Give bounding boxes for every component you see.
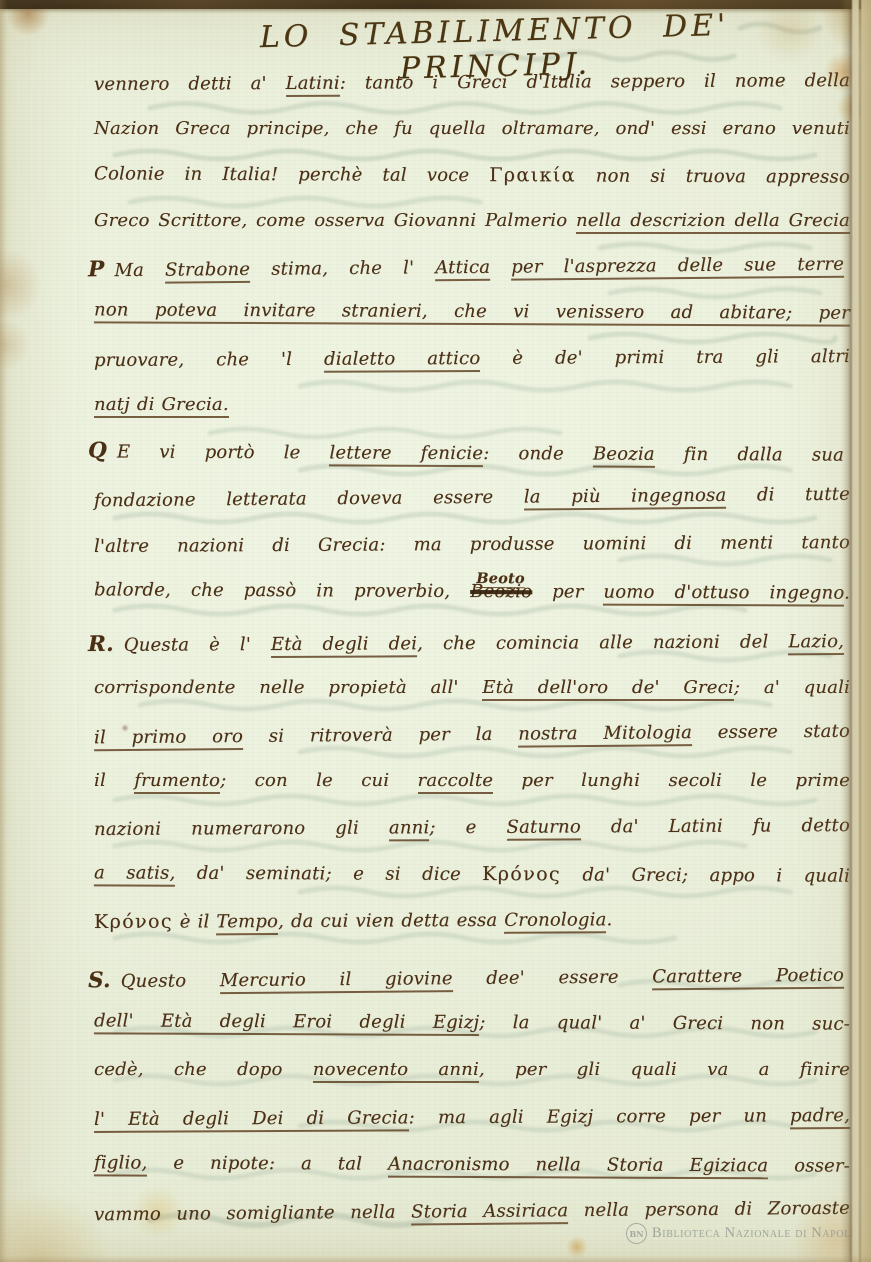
manuscript-text-segment: , da cui vien detta essa [278,910,504,932]
manuscript-line: il frumento; con le cui raccolte per lun… [94,770,850,791]
manuscript-text-segment: Storia Assiriaca [411,1200,568,1225]
manuscript-line: balorde, che passò in proverbio, BeotoBe… [94,579,850,603]
manuscript-text-segment: l'altre nazioni di Grecia: ma produsse u… [94,532,850,557]
manuscript-text-segment: dee' essere [453,966,653,989]
manuscript-text-segment: stima, che l' [250,257,435,280]
manuscript-text-segment: il primo oro [94,726,243,751]
manuscript-text-segment: da' Latini fu detto [581,815,850,837]
manuscript-text-segment: corrispondente nelle propietà all' [94,677,482,698]
manuscript-text-segment: osser- [768,1155,850,1176]
manuscript-text-segment: Età degli dei [271,633,417,658]
manuscript-text-segment: per lunghi secoli le prime [493,770,850,791]
manuscript-text-segment: Età dell'oro de' Greci [482,677,734,701]
manuscript-text-segment: Greco Scrittore, come osserva Giovanni P… [94,210,576,231]
manuscript-line: figlio, e nipote: a tal Anacronismo nell… [94,1152,850,1176]
manuscript-text: vennero detti a' Latini: tanto i Greci d… [0,0,871,1262]
manuscript-text-segment: la più ingegnosa [524,485,727,511]
manuscript-text-segment: dell' Età degli Eroi degli Egizj [94,1010,479,1036]
manuscript-text-segment: , che comincia alle nazioni del [417,631,788,654]
manuscript-text-segment: , per gli quali va a finire [479,1059,850,1080]
manuscript-text-segment: : onde [483,443,593,464]
correction-wrap: BeotoBeozio [470,581,532,602]
manuscript-text-segment: figlio, [94,1152,148,1176]
manuscript-text-segment: da' seminati; e si dice [175,863,482,885]
manuscript-text-segment: Anacronismo nella Storia Egiziaca [388,1154,768,1180]
manuscript-text-segment: Κρόνος [482,863,561,885]
manuscript-text-segment: uomo d'ottuso ingegno [603,582,844,607]
paragraph-letter: S. [88,968,111,993]
manuscript-text-segment: si ritroverà per la [243,724,518,747]
manuscript-line: il primo oro si ritroverà per la nostra … [94,721,850,749]
manuscript-text-segment: Ma [114,260,165,281]
manuscript-line: corrispondente nelle propietà all' Età d… [94,677,850,698]
page-edge-left [0,0,7,1262]
manuscript-text-segment: : tanto i Greci d'Italia seppero il nome… [340,70,850,94]
manuscript-text-segment: Tempo [216,911,278,935]
manuscript-text-segment: cedè, che dopo [94,1059,313,1080]
manuscript-text-segment: per l'asprezza delle sue terre [511,254,844,281]
manuscript-text-segment: a satis, [94,862,175,886]
manuscript-line: Colonie in Italia! perchè tal voce Γραικ… [94,162,850,187]
manuscript-text-segment: vammo uno somigliante nella [94,1202,411,1226]
manuscript-text-segment: Questa è l' [124,634,271,656]
manuscript-text-segment: Saturno [506,816,580,840]
library-monogram-icon: BN [626,1223,647,1244]
manuscript-text-segment: nella descrizion della Grecia [576,210,850,234]
manuscript-text-segment: Γραικία [489,164,576,186]
manuscript-text-segment: ; e [429,817,506,838]
manuscript-text-segment: lettere fenicie [329,442,483,467]
manuscript-line: a satis, da' seminati; e si dice Κρόνος … [94,861,850,886]
manuscript-text-segment: fin dalla sua [655,444,844,466]
manuscript-text-segment: è il [173,911,217,932]
manuscript-text-segment: nella persona di Zoroaste [568,1198,850,1221]
manuscript-text-segment: l' Età degli Dei di Grecia [94,1107,409,1133]
manuscript-text-segment: per [532,581,603,602]
manuscript-line: pruovare, che 'l dialetto attico è de' p… [94,346,850,371]
paragraph-letter: Q [88,438,107,463]
manuscript-text-segment: E vi portò le [117,441,330,463]
manuscript-text-segment: Carattere Poetico [652,965,844,991]
manuscript-line: PMa Strabone stima, che l' Attica per l'… [88,251,844,283]
manuscript-line: QE vi portò le lettere fenicie: onde Beo… [88,438,844,466]
paragraph-letter: P [88,257,105,282]
manuscript-text-segment: Lazio, [788,631,844,655]
manuscript-text-segment: Questo [121,970,220,992]
manuscript-line: l' Età degli Dei di Grecia: ma agli Egiz… [94,1105,850,1130]
manuscript-text-segment: Latini [285,73,339,97]
manuscript-text-segment: pruovare, che 'l [94,349,324,371]
manuscript-text-segment: frumento [134,770,220,794]
manuscript-text-segment: : ma agli Egizj corre per un [409,1105,790,1128]
manuscript-text-segment: . [606,909,612,930]
manuscript-text-segment: nostra Mitologia [518,722,692,748]
manuscript-text-segment: Beozia [593,444,655,468]
manuscript-line: fondazione letterata doveva essere la pi… [94,484,850,512]
manuscript-text-segment: essere stato [692,721,850,743]
page-edge-bottom [0,1256,871,1262]
manuscript-line: S.Questo Mercurio il giovine dee' essere… [88,962,844,994]
manuscript-text-segment: raccolte [418,770,494,794]
manuscript-text-segment: Nazion Greca principe, che fu quella olt… [94,118,850,139]
manuscript-text-segment: non poteva invitare stranieri, che vi ve… [94,299,850,326]
manuscript-text-segment: dialetto attico [324,348,480,373]
manuscript-text-segment: anni [389,817,430,841]
manuscript-text-segment: natj di Grecia. [94,394,229,418]
manuscript-line: l'altre nazioni di Grecia: ma produsse u… [94,532,850,557]
manuscript-text-segment: ; la qual' a' Greci non suc- [479,1012,850,1035]
manuscript-text-segment: Colonie in Italia! perchè tal voce [94,163,489,186]
manuscript-line: dell' Età degli Eroi degli Egizj; la qua… [94,1010,850,1034]
manuscript-line: R.Questa è l' Età degli dei, che cominci… [88,628,844,657]
manuscript-line: Greco Scrittore, come osserva Giovanni P… [94,210,850,231]
manuscript-text-segment: Cronologia [504,909,606,934]
manuscript-text-segment: balorde, che passò in proverbio, [94,579,470,602]
manuscript-text-segment [490,257,511,278]
library-watermark-label: Biblioteca Nazionale di Napoli [652,1225,855,1242]
manuscript-line: non poteva invitare stranieri, che vi ve… [94,299,850,323]
manuscript-text-segment: Κρόνος [94,911,173,933]
manuscript-text-segment: da' Greci; appo i quali [561,864,850,886]
binding-edge [0,0,871,9]
manuscript-text-segment: di tutte [726,484,850,506]
manuscript-line: Nazion Greca principe, che fu quella olt… [94,118,850,139]
manuscript-text-segment: Strabone [165,259,250,284]
manuscript-text-segment: il [94,770,134,791]
manuscript-line: Κρόνος è il Tempo, da cui vien detta ess… [94,907,850,933]
manuscript-text-segment: Mercurio il giovine [220,968,453,994]
manuscript-text-segment: ; con le cui [220,770,417,791]
library-watermark: BN Biblioteca Nazionale di Napoli [626,1223,855,1244]
manuscript-text-segment: vennero detti a' [94,73,286,95]
manuscript-text-segment: nazioni numerarono gli [94,817,389,840]
manuscript-text-segment: fondazione letterata doveva essere [94,487,524,512]
manuscript-text-segment: è de' primi tra gli altri [480,346,850,369]
manuscript-text-segment: ; a' quali [734,677,850,698]
paragraph-letter: R. [88,632,114,657]
manuscript-page: LO STABILIMENTO DE' PRINCIPJ. vennero de… [0,0,871,1262]
manuscript-text-segment: Attica [435,257,490,281]
manuscript-line: vennero detti a' Latini: tanto i Greci d… [94,70,850,95]
manuscript-text-segment: non si truova appresso [576,165,850,187]
page-edge-right [841,0,871,1262]
manuscript-text-segment: novecento anni [313,1059,479,1083]
manuscript-text-segment: e nipote: a tal [147,1153,388,1175]
manuscript-line: nazioni numerarono gli anni; e Saturno d… [94,815,850,840]
manuscript-line: cedè, che dopo novecento anni, per gli q… [94,1059,850,1080]
interlinear-correction: Beoto [476,570,525,588]
manuscript-line: vammo uno somigliante nella Storia Assir… [94,1198,850,1226]
manuscript-line: natj di Grecia. [94,394,850,415]
